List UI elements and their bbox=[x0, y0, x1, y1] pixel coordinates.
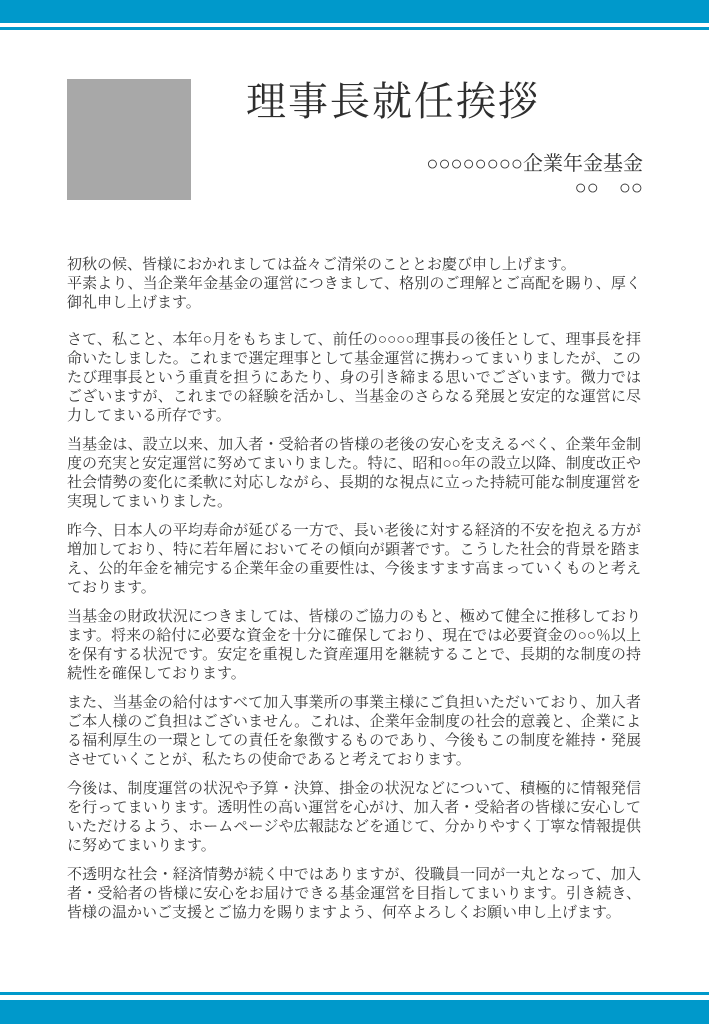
document-page: 理事長就任挨拶 ○○○○○○○○企業年金基金 ○○ ○○ 初秋の候、皆様におかれ… bbox=[0, 0, 709, 1024]
body-paragraph: 今後は、制度運営の状況や予算・決算、掛金の状況などについて、積極的に情報発信を行… bbox=[67, 779, 641, 855]
letter-body: 初秋の候、皆様におかれましては益々ご清栄のこととお慶び申し上げます。 平素より、… bbox=[67, 255, 641, 932]
photo-placeholder bbox=[67, 79, 191, 200]
body-paragraph: 初秋の候、皆様におかれましては益々ご清栄のこととお慶び申し上げます。 平素より、… bbox=[67, 255, 641, 312]
body-paragraph: また、当基金の給付はすべて加入事業所の事業主様にご負担いただいており、加入者ご本… bbox=[67, 693, 641, 769]
representative-name: ○○ ○○ bbox=[426, 176, 643, 200]
body-paragraph: 当基金は、設立以来、加入者・受給者の皆様の老後の安心を支えるべく、企業年金制度の… bbox=[67, 435, 641, 511]
organization-name: ○○○○○○○○企業年金基金 bbox=[426, 152, 643, 176]
body-paragraph: さて、私こと、本年○月をもちまして、前任の○○○○理事長の後任として、理事長を拝… bbox=[67, 330, 641, 425]
header-names: ○○○○○○○○企業年金基金 ○○ ○○ bbox=[426, 152, 643, 200]
bottom-accent-band bbox=[0, 1000, 709, 1024]
body-paragraph: 昨今、日本人の平均寿命が延びる一方で、長い老後に対する経済的不安を抱える方が増加… bbox=[67, 521, 641, 597]
top-accent-band bbox=[0, 0, 709, 23]
body-paragraph: 不透明な社会・経済情勢が続く中ではありますが、役職員一同が一丸となって、加入者・… bbox=[67, 865, 641, 922]
page-title: 理事長就任挨拶 bbox=[246, 80, 540, 124]
body-paragraph: 当基金の財政状況につきましては、皆様のご協力のもと、極めて健全に推移しております… bbox=[67, 607, 641, 683]
top-accent-rule bbox=[0, 27, 709, 30]
bottom-accent-rule bbox=[0, 992, 709, 995]
